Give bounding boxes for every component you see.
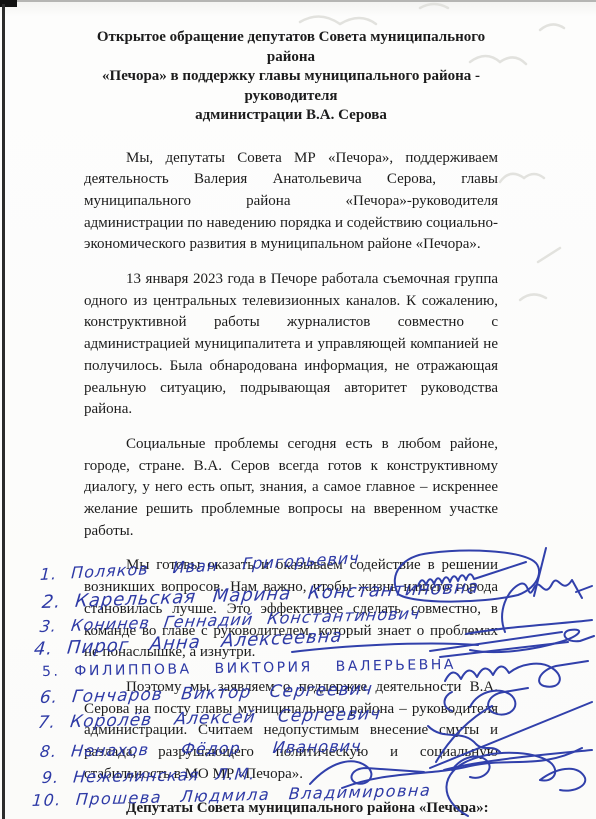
deputy-number: 1.	[40, 564, 58, 584]
document-title: Открытое обращение депутатов Совета муни…	[84, 28, 498, 126]
paragraph-2: 13 января 2023 года в Печоре работала съ…	[84, 269, 498, 421]
deputy-number: 6.	[39, 687, 60, 708]
paragraph-1: Мы, депутаты Совета МР «Печора», поддерж…	[84, 148, 498, 257]
title-line-3: администрации В.А. Серова	[84, 106, 498, 126]
deputy-number: 8.	[39, 742, 58, 761]
paragraph-3: Социальные проблемы сегодня есть в любом…	[84, 434, 498, 543]
deputy-number: 7.	[37, 712, 58, 733]
deputy-entry: 9.Нежелинская Л.М.	[41, 764, 256, 787]
deputy-number: 2.	[41, 591, 62, 613]
deputy-name: Нежелинская Л.М.	[72, 764, 256, 786]
title-line-2: «Печора» в поддержку главы муниципальног…	[84, 67, 498, 106]
deputy-number: 9.	[41, 768, 60, 787]
title-line-1: Открытое обращение депутатов Совета муни…	[84, 28, 498, 67]
scanned-letter-page: Открытое обращение депутатов Совета муни…	[0, 0, 596, 819]
deputy-number: 4.	[33, 638, 54, 660]
deputy-number: 10.	[31, 790, 62, 810]
deputy-number: 3.	[39, 616, 59, 636]
deputy-number: 5.	[42, 664, 61, 680]
